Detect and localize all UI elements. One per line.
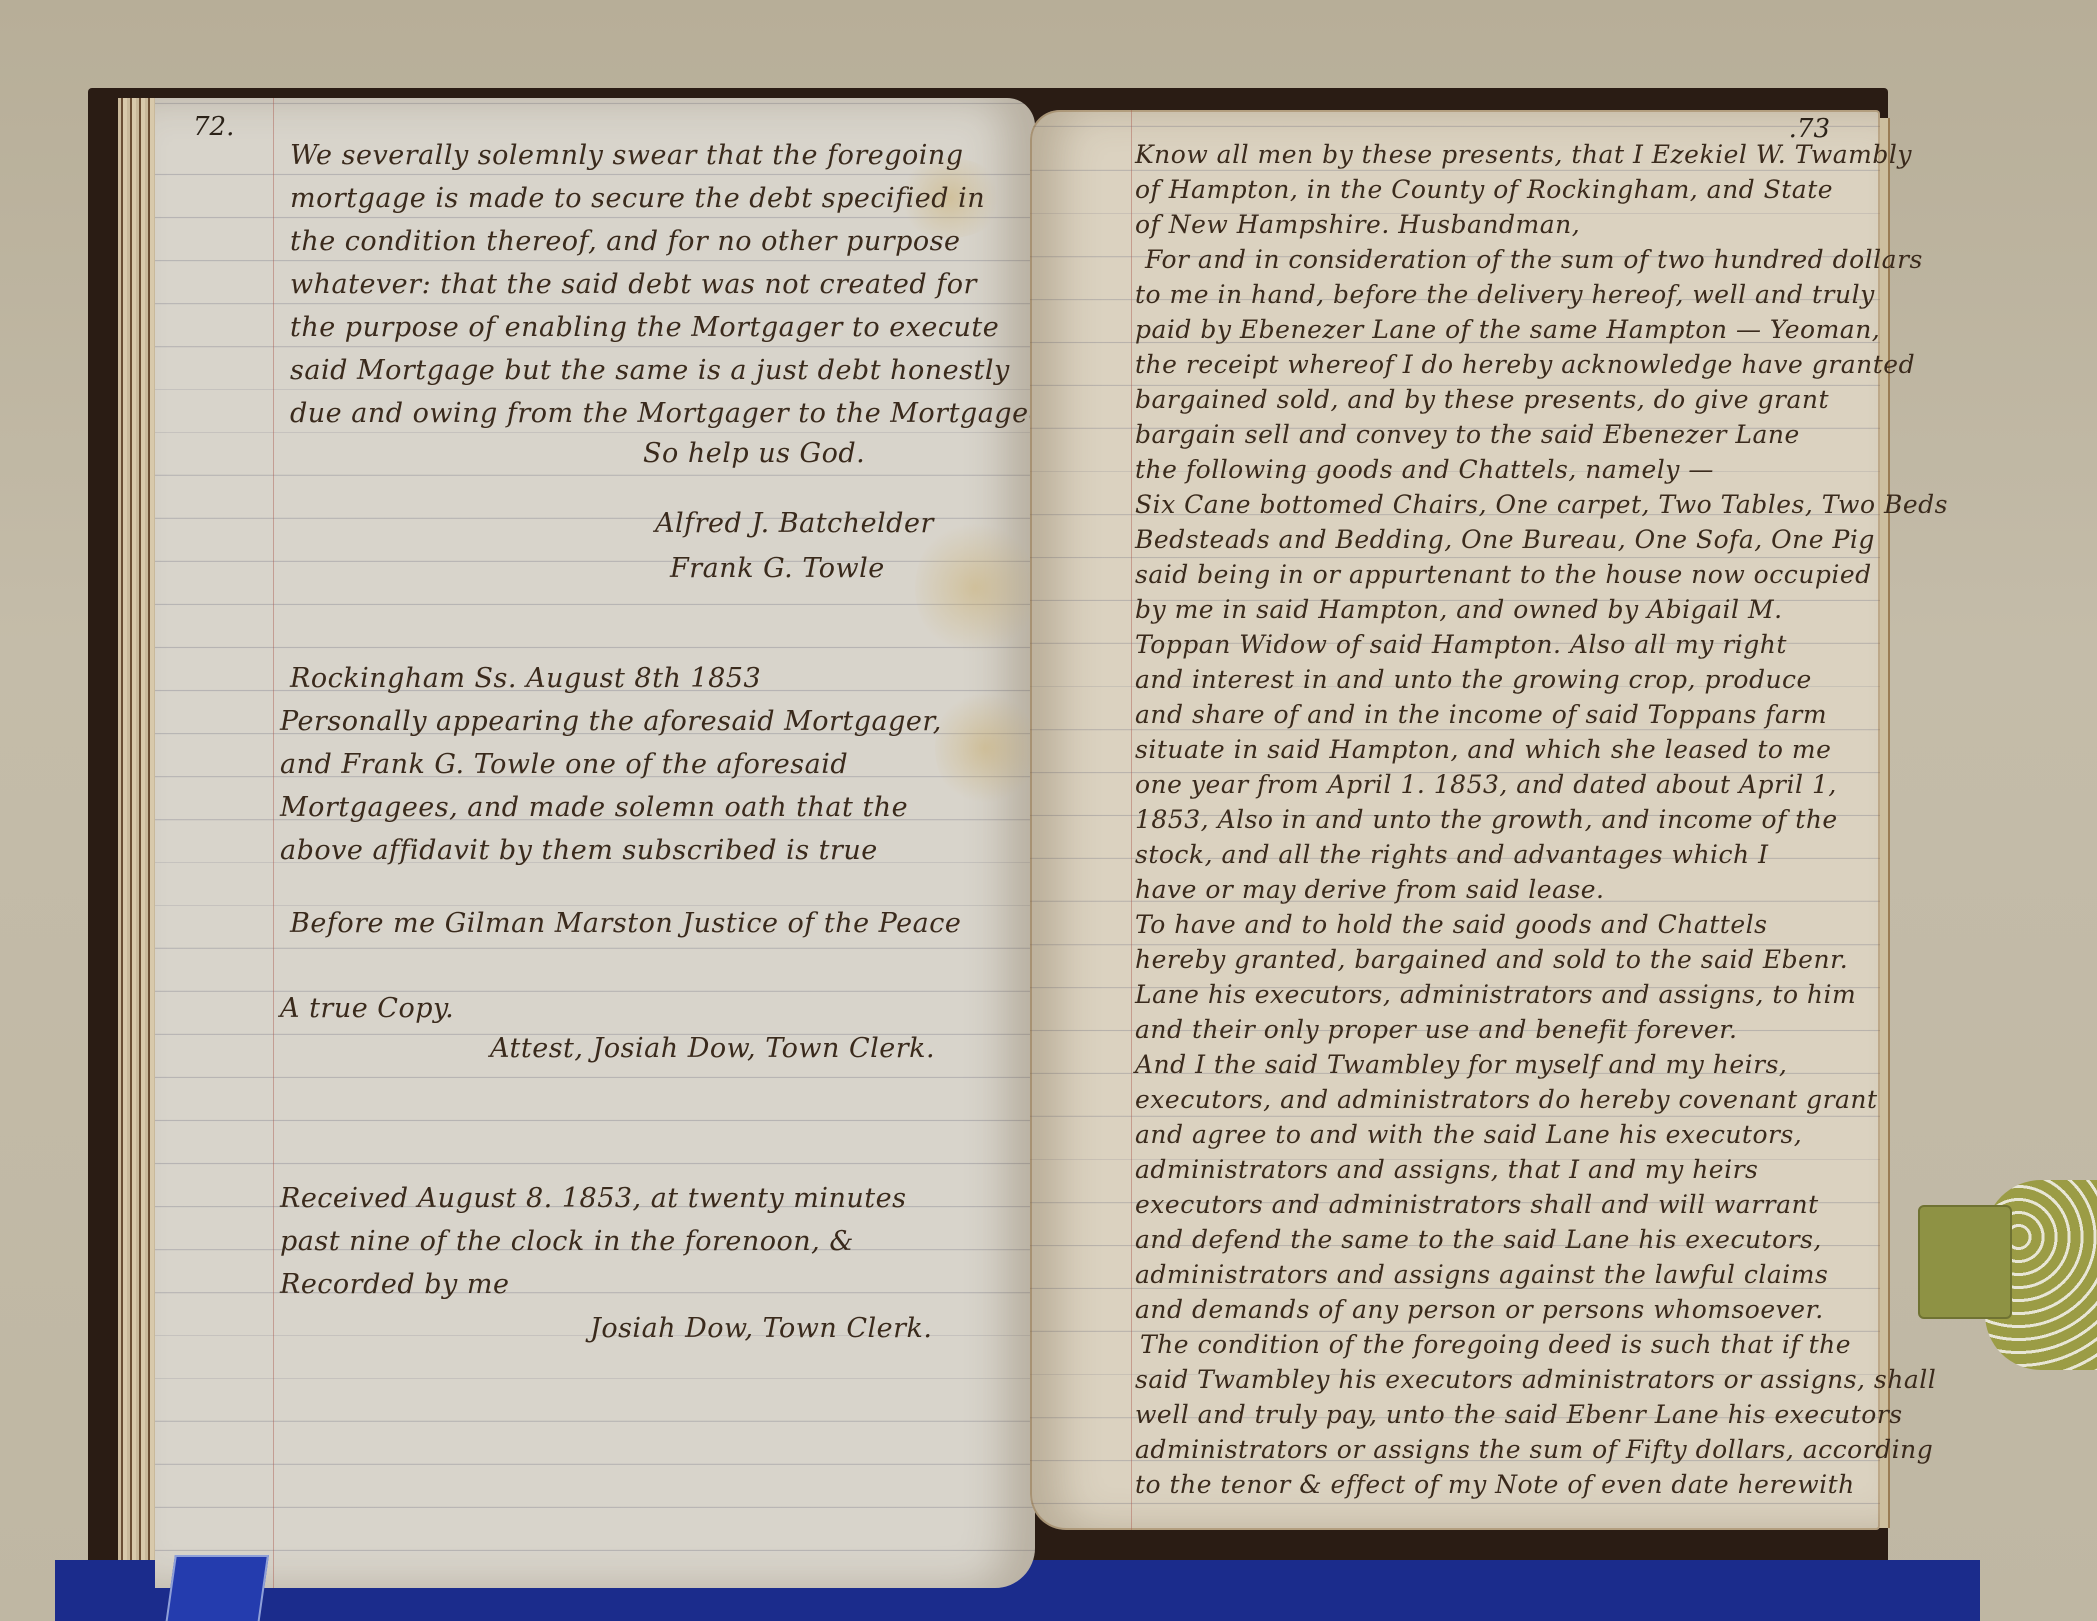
deed-line: and their only proper use and benefit fo…	[1135, 1015, 1737, 1044]
deed-line: Lane his executors, administrators and a…	[1135, 980, 1856, 1009]
acknowledgment-line: Rockingham Ss. August 8th 1853	[290, 663, 761, 694]
acknowledgment-line: and Frank G. Towle one of the aforesaid	[280, 749, 848, 780]
deed-line: Six Cane bottomed Chairs, One carpet, Tw…	[1135, 490, 1948, 519]
deed-line: to me in hand, before the delivery hereo…	[1135, 280, 1875, 309]
page-edges-left	[118, 98, 158, 1578]
signature: Frank G. Towle	[670, 553, 885, 584]
deed-line: For and in consideration of the sum of t…	[1145, 245, 1923, 274]
deed-line: and defend the same to the said Lane his…	[1135, 1225, 1822, 1254]
margin-rule	[1131, 110, 1132, 1530]
deed-line: executors and administrators shall and w…	[1135, 1190, 1819, 1219]
deed-line: the receipt whereof I do hereby acknowle…	[1135, 350, 1915, 379]
binder-clip-right	[1918, 1205, 2012, 1319]
deed-line: And I the said Twambley for myself and m…	[1135, 1050, 1787, 1079]
received-line: Received August 8. 1853, at twenty minut…	[280, 1183, 906, 1214]
deed-line: paid by Ebenezer Lane of the same Hampto…	[1135, 315, 1880, 344]
deed-line: Know all men by these presents, that I E…	[1135, 140, 1912, 169]
deed-line: the following goods and Chattels, namely…	[1135, 455, 1714, 484]
deed-line: by me in said Hampton, and owned by Abig…	[1135, 595, 1783, 624]
received-line: past nine of the clock in the forenoon, …	[280, 1226, 854, 1257]
deed-line: of New Hampshire. Husbandman,	[1135, 210, 1580, 239]
clerk-signature: Josiah Dow, Town Clerk.	[590, 1313, 933, 1344]
acknowledgment-line: Personally appearing the aforesaid Mortg…	[280, 706, 942, 737]
deed-line: hereby granted, bargained and sold to th…	[1135, 945, 1848, 974]
deed-line: to the tenor & effect of my Note of even…	[1135, 1470, 1855, 1499]
right-page: .73 Know all men by these presents, that…	[1030, 110, 1880, 1530]
signature: Alfred J. Batchelder	[655, 508, 934, 539]
water-stain	[935, 688, 1035, 808]
margin-rule	[273, 98, 274, 1588]
deed-line: said being in or appurtenant to the hous…	[1135, 560, 1872, 589]
water-stain	[915, 518, 1035, 658]
deed-line: administrators and assigns, that I and m…	[1135, 1155, 1758, 1184]
oath-line: the purpose of enabling the Mortgager to…	[290, 312, 999, 343]
page-number: 72.	[193, 112, 234, 142]
oath-line: the condition thereof, and for no other …	[290, 226, 961, 257]
deed-line: Toppan Widow of said Hampton. Also all m…	[1135, 630, 1787, 659]
deed-line: one year from April 1. 1853, and dated a…	[1135, 770, 1837, 799]
oath-line: due and owing from the Mortgager to the …	[290, 398, 1045, 429]
deed-line: have or may derive from said lease.	[1135, 875, 1604, 904]
deed-line: 1853, Also in and unto the growth, and i…	[1135, 805, 1838, 834]
attest-line: Attest, Josiah Dow, Town Clerk.	[490, 1033, 935, 1064]
acknowledgment-line: Mortgagees, and made solemn oath that th…	[280, 792, 908, 823]
true-copy: A true Copy.	[280, 993, 454, 1024]
deed-line: administrators and assigns against the l…	[1135, 1260, 1828, 1289]
deed-line: situate in said Hampton, and which she l…	[1135, 735, 1831, 764]
deed-line: administrators or assigns the sum of Fif…	[1135, 1435, 1933, 1464]
deed-line: and share of and in the income of said T…	[1135, 700, 1827, 729]
deed-line: well and truly pay, unto the said Ebenr …	[1135, 1400, 1903, 1429]
acknowledgment-line: above affidavit by them subscribed is tr…	[280, 835, 878, 866]
oath-line: whatever: that the said debt was not cre…	[290, 269, 977, 300]
deed-line: executors, and administrators do hereby …	[1135, 1085, 1878, 1114]
binder-clip-bottom	[165, 1555, 269, 1621]
deed-line: bargained sold, and by these presents, d…	[1135, 385, 1829, 414]
oath-line: We severally solemnly swear that the for…	[290, 140, 964, 171]
deed-line: said Twambley his executors administrato…	[1135, 1365, 1936, 1394]
deed-line: and agree to and with the said Lane his …	[1135, 1120, 1802, 1149]
deed-line: bargain sell and convey to the said Eben…	[1135, 420, 1800, 449]
oath-close: So help us God.	[643, 438, 865, 469]
received-line: Recorded by me	[280, 1269, 509, 1300]
oath-line: said Mortgage but the same is a just deb…	[290, 355, 1010, 386]
deed-line: The condition of the foregoing deed is s…	[1140, 1330, 1851, 1359]
justice-line: Before me Gilman Marston Justice of the …	[290, 908, 961, 939]
deed-line: of Hampton, in the County of Rockingham,…	[1135, 175, 1833, 204]
deed-line: stock, and all the rights and advantages…	[1135, 840, 1768, 869]
oath-line: mortgage is made to secure the debt spec…	[290, 183, 985, 214]
deed-line: and demands of any person or persons who…	[1135, 1295, 1824, 1324]
deed-line: and interest in and unto the growing cro…	[1135, 665, 1812, 694]
left-page: 72. We severally solemnly swear that the…	[155, 98, 1035, 1588]
deed-line: Bedsteads and Bedding, One Bureau, One S…	[1135, 525, 1875, 554]
deed-line: To have and to hold the said goods and C…	[1135, 910, 1767, 939]
